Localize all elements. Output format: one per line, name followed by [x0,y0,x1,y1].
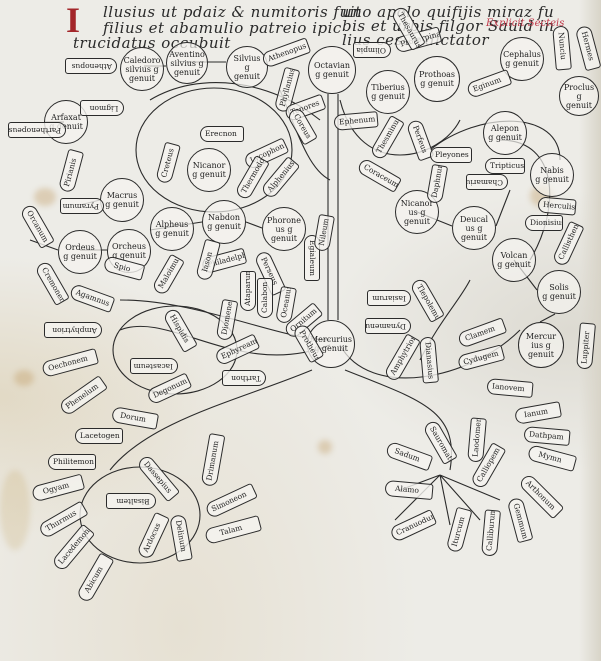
descendant-name-tube: Dynamenum [365,318,411,334]
descendant-name-tube: Pleyones [430,147,472,163]
ancestor-circle: Silvius g genuit [226,46,268,88]
descendant-name-tube: Parthenopeus [8,122,66,138]
ancestor-circle: Proclus g genuit [559,76,599,116]
descendant-name-tube: Dionisius [525,215,563,231]
ancestor-circle: Alpheus g genuit [150,207,194,251]
descendant-name-tube: Athenopus [65,58,117,74]
descendant-name-tube: Pyramum [60,198,104,214]
ancestor-circle: Solis g genuit [537,270,581,314]
descendant-name-tube: Lacetogen [75,428,123,444]
descendant-name-tube: Olimpia [353,42,391,58]
descendant-name-tube: Calabon [257,278,273,318]
descendant-name-tube: Tripticus [485,158,525,174]
ancestor-circle: Nicanor g genuit [187,148,231,192]
ancestor-circle: Mercur ius g genuit [518,322,564,368]
descendant-name-tube: Amphytrion [44,322,102,338]
ancestor-circle: Octavian g genuit [308,46,356,94]
ancestor-circle: Ordeus g genuit [58,230,102,274]
ancestor-circle: Volcan g genuit [492,238,536,282]
descendant-name-tube: Ataparum [240,271,256,311]
descendant-name-tube: Ligmon [80,100,124,116]
ancestor-circle: Macrus g genuit [100,178,144,222]
descendant-name-tube: Iacasteum [130,358,178,374]
descendant-name-tube: Bisaltem [106,493,156,509]
ancestor-circle: Aventino silvius g genuit [166,42,208,84]
descendant-name-tube: Iasiarum [367,290,411,306]
descendant-name-tube: Tarthon [222,370,266,386]
manuscript-page: I llusius ut pdaiz & numitoris fuit fili… [0,0,601,661]
descendant-name-tube: Philitemon [48,454,96,470]
ancestor-circle: Nabdon g genuit [202,200,246,244]
ancestor-circle: Alepon g genuit [483,111,527,155]
ancestor-circle: Nabis g genuit [530,153,574,197]
descendant-name-tube: Erecnon [200,126,244,142]
ancestor-circle: Caledoro silvius g genuit [120,47,164,91]
rubric-explicit: Explicit Secteis [486,18,564,29]
ancestor-circle: Prothoas g genuit [414,56,460,102]
ancestor-circle: Tiberius g genuit [366,70,410,114]
descendant-name-tube: Chamarius [466,174,508,190]
ancestor-circle: Deucal us g genuit [452,206,496,250]
ancestor-circle: Phorone us g genuit [262,207,306,251]
descendant-name-tube: Herculis [537,196,576,215]
